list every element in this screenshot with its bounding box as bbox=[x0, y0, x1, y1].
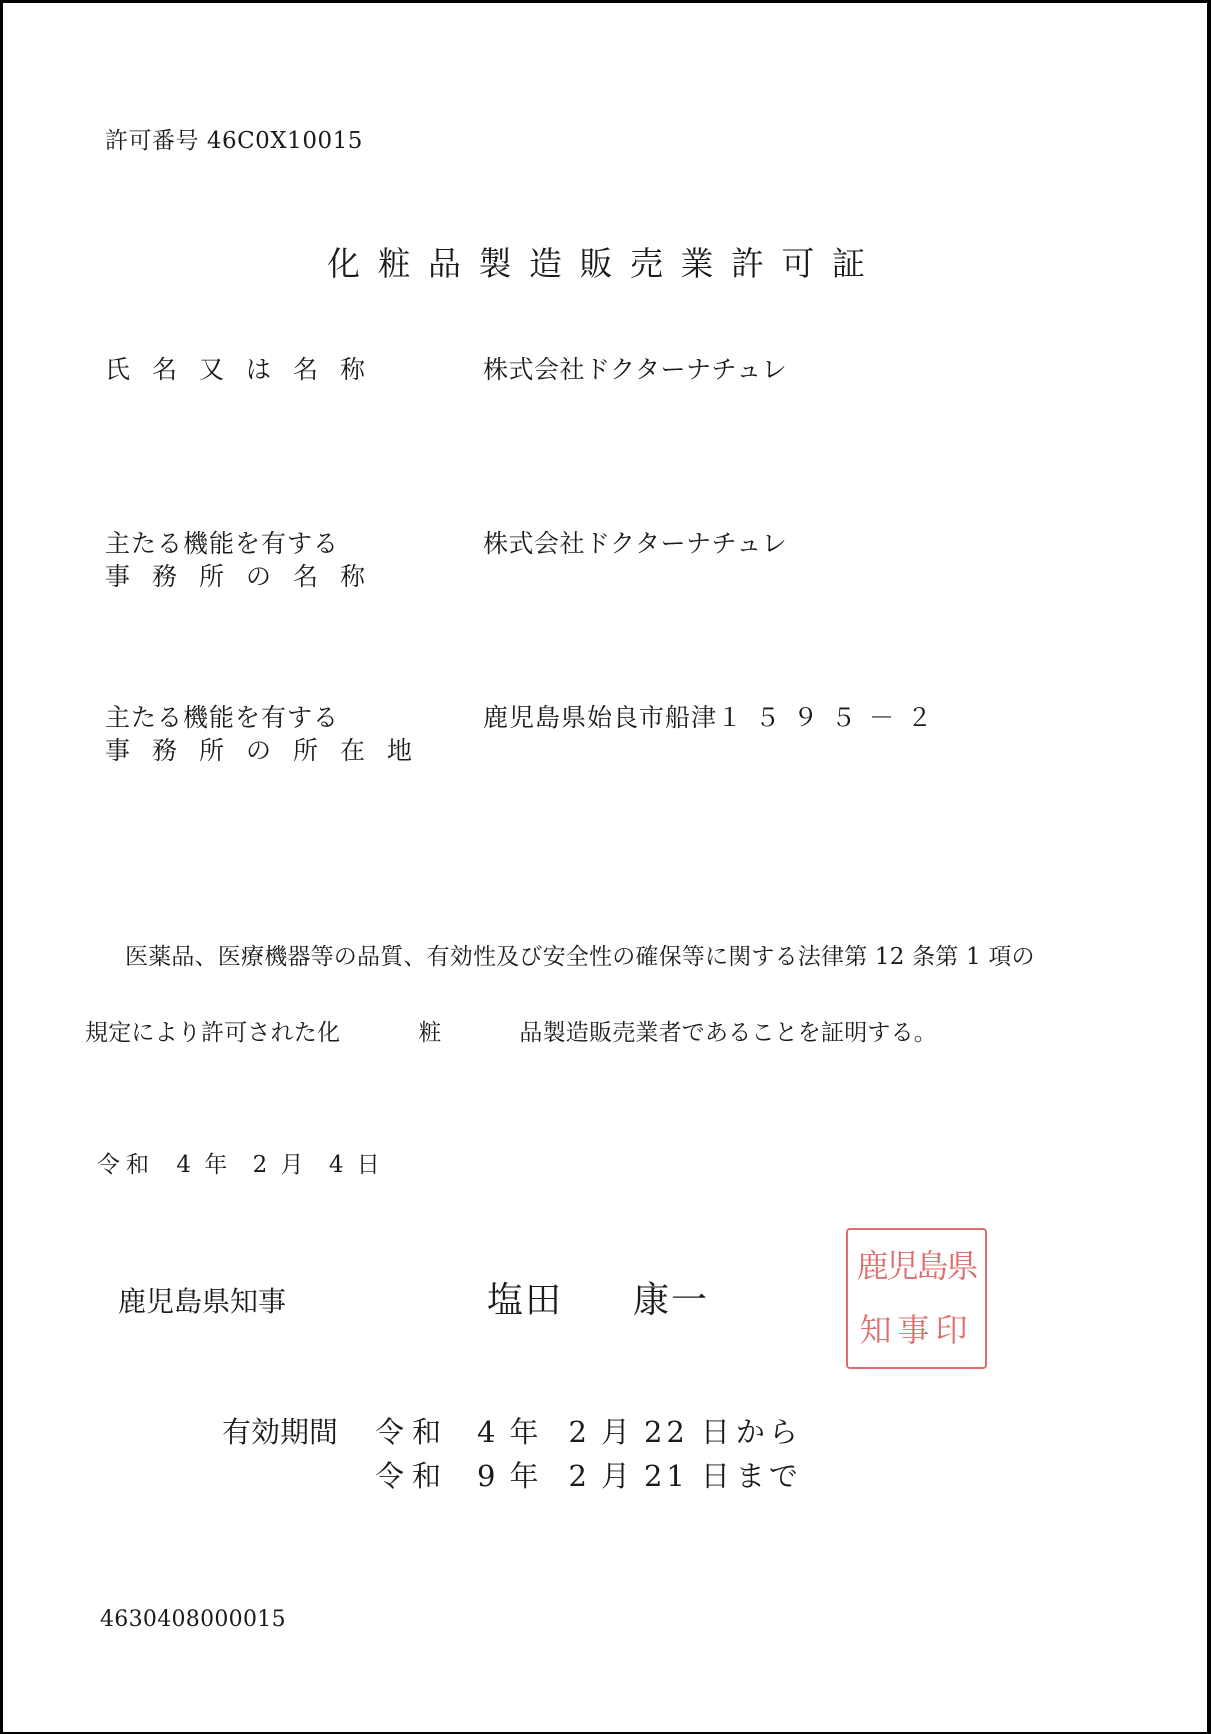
validity-start: 有効期間令和4年2月22日から bbox=[222, 1410, 802, 1451]
validity-end-suffix: まで bbox=[736, 1454, 802, 1495]
validity-start-year-unit: 年 bbox=[509, 1410, 538, 1451]
validity-end-day-unit: 日 bbox=[701, 1454, 730, 1495]
issuer-title: 鹿児島県知事 bbox=[118, 1280, 286, 1320]
permit-number-label: 許可番号 bbox=[105, 128, 199, 154]
certification-text-line2: 規定により許可された化粧品製造販売業者であることを証明する。 bbox=[85, 1014, 937, 1047]
issue-era: 令和 bbox=[97, 1146, 155, 1179]
field-value-office-name: 株式会社ドクターナチュレ bbox=[483, 524, 787, 560]
validity-end-month: 2 bbox=[568, 1459, 586, 1493]
field-label-name: 氏名又は名称 bbox=[105, 350, 387, 386]
validity-end: 令和9年2月21日まで bbox=[375, 1454, 802, 1495]
validity-start-day-unit: 日 bbox=[701, 1410, 730, 1451]
issue-year-unit: 年 bbox=[204, 1146, 227, 1179]
issuer-given-name: 康一 bbox=[633, 1280, 709, 1321]
field-label-office-name-line1: 主たる機能を有する bbox=[105, 524, 339, 560]
validity-start-year: 4 bbox=[477, 1415, 495, 1449]
issue-year: 4 bbox=[176, 1152, 191, 1178]
field-value-name: 株式会社ドクターナチュレ bbox=[483, 350, 787, 386]
issue-month: 2 bbox=[253, 1152, 268, 1178]
serial-number: 4630408000015 bbox=[100, 1607, 286, 1632]
issuer-family-name: 塩田 bbox=[487, 1280, 563, 1321]
seal-line1: 鹿児島県 bbox=[848, 1234, 985, 1298]
field-label-office-address-line2: 事務所の所在地 bbox=[105, 731, 434, 767]
field-label-office-address-line1: 主たる機能を有する bbox=[105, 698, 339, 734]
validity-start-month-unit: 月 bbox=[601, 1410, 630, 1451]
permit-number: 許可番号 46C0X10015 bbox=[105, 122, 363, 155]
issue-day-unit: 日 bbox=[357, 1146, 380, 1179]
issuer-name: 塩田康一 bbox=[487, 1272, 709, 1323]
address-number: １５９５－２ bbox=[717, 703, 945, 732]
validity-start-suffix: から bbox=[736, 1410, 802, 1451]
validity-end-year-unit: 年 bbox=[509, 1454, 538, 1495]
validity-end-era: 令和 bbox=[375, 1454, 449, 1495]
seal-line2: 知事印 bbox=[848, 1298, 985, 1362]
document-title: 化粧品製造販売業許可証 bbox=[327, 238, 883, 285]
validity-end-day: 21 bbox=[644, 1459, 689, 1493]
field-value-office-address: 鹿児島県始良市船津１５９５－２ bbox=[483, 698, 945, 734]
issue-date: 令和 4 年 2 月 4 日 bbox=[97, 1146, 380, 1179]
certification-text-line1: 医薬品、医療機器等の品質、有効性及び安全性の確保等に関する法律第 12 条第 1… bbox=[125, 938, 1035, 971]
validity-end-year: 9 bbox=[477, 1459, 495, 1493]
validity-start-day: 22 bbox=[644, 1415, 689, 1449]
validity-start-era: 令和 bbox=[375, 1410, 449, 1451]
permit-number-value: 46C0X10015 bbox=[207, 128, 363, 154]
issue-day: 4 bbox=[329, 1152, 344, 1178]
issue-month-unit: 月 bbox=[281, 1146, 304, 1179]
validity-start-month: 2 bbox=[568, 1415, 586, 1449]
validity-label: 有効期間 bbox=[222, 1410, 375, 1451]
certification-part2: 粧 bbox=[418, 1020, 441, 1046]
certification-part3: 品製造販売業者であることを証明する。 bbox=[519, 1020, 937, 1046]
address-prefix: 鹿児島県始良市船津 bbox=[483, 703, 717, 732]
field-label-office-name-line2: 事務所の名称 bbox=[105, 557, 387, 593]
certification-part1: 規定により許可された化 bbox=[85, 1020, 340, 1046]
official-seal-stamp: 鹿児島県 知事印 bbox=[846, 1228, 987, 1369]
validity-end-month-unit: 月 bbox=[601, 1454, 630, 1495]
